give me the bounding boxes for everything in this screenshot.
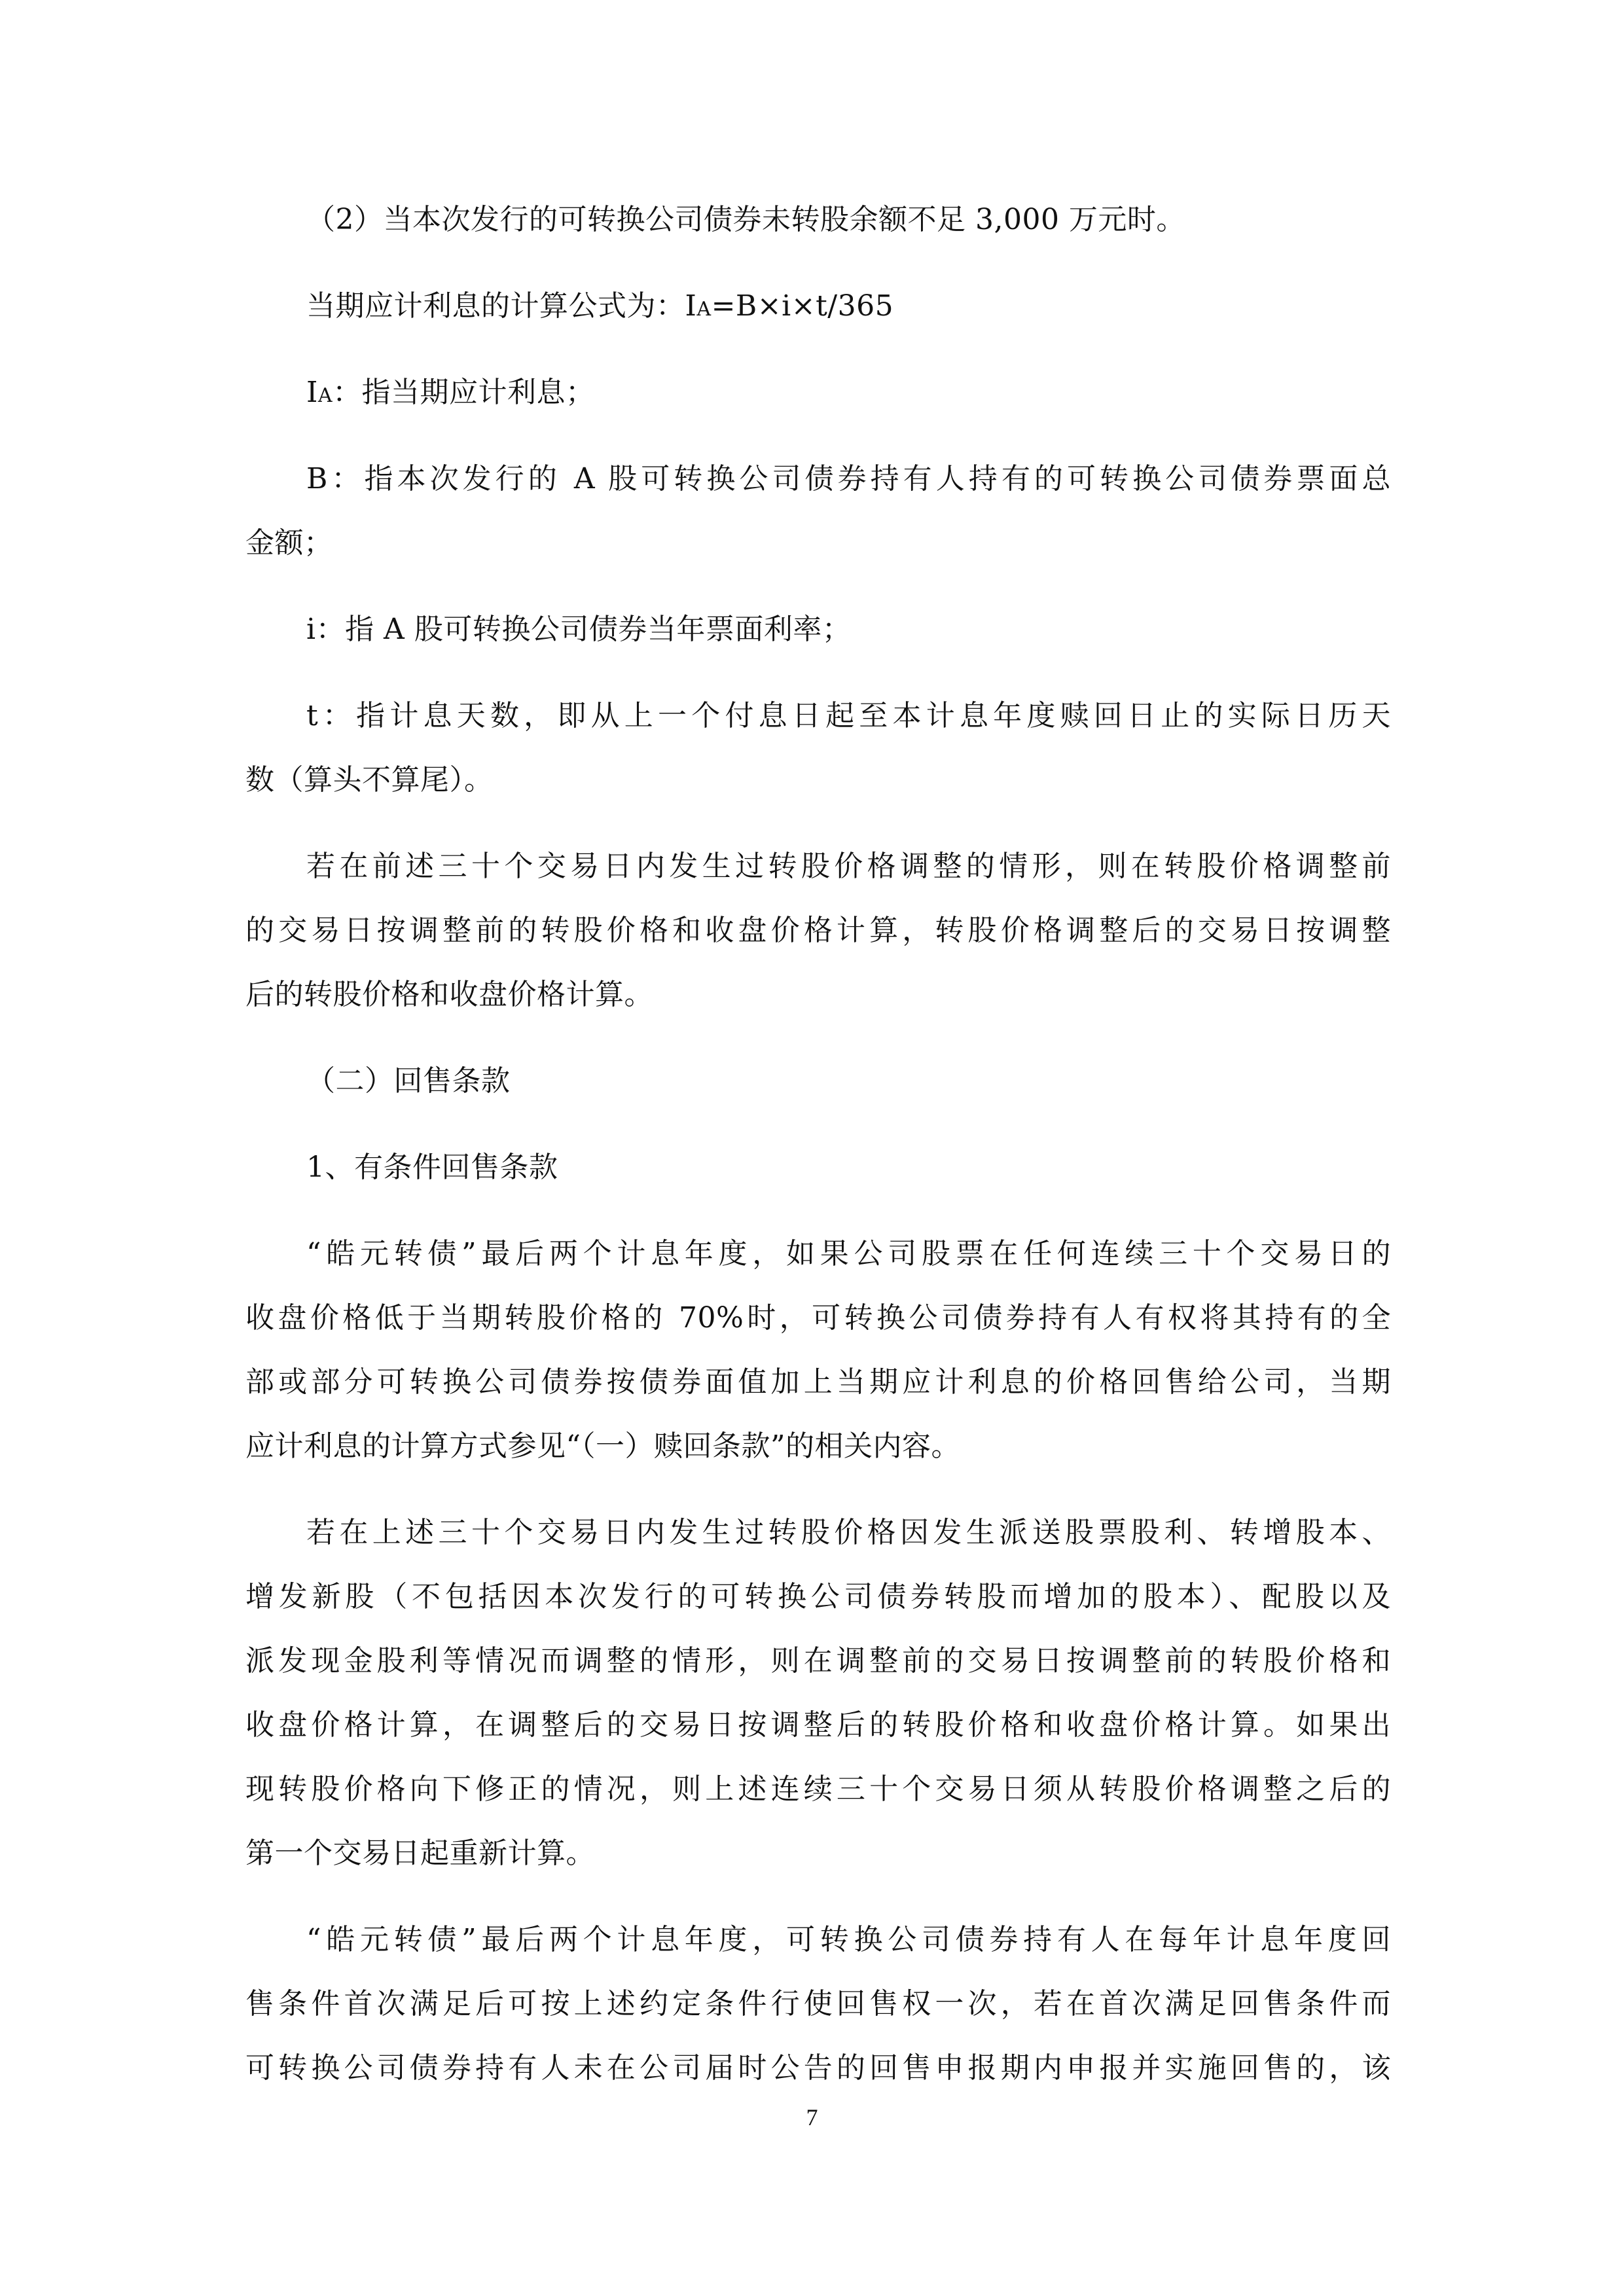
text-line: 派发现金股利等情况而调整的情形，则在调整前的交易日按调整前的转股价格和 bbox=[245, 1644, 1391, 1677]
text-line: 金额； bbox=[245, 526, 333, 560]
text-line: 数（算头不算尾）。 bbox=[245, 763, 494, 797]
text-line: 应计利息的计算方式参见“（一）赎回条款”的相关内容。 bbox=[245, 1429, 960, 1463]
paragraph-adjust-events: 若在上述三十个交易日内发生过转股价格因发生派送股票股利、转增股本、 bbox=[306, 1507, 1391, 1559]
text-line: 后的转股价格和收盘价格计算。 bbox=[245, 978, 653, 1011]
page-number: 7 bbox=[0, 2104, 1624, 2130]
text-line: t：指计息天数，即从上一个付息日起至本计息年度赎回日止的实际日历天 bbox=[306, 699, 1391, 732]
text-line: 增发新股（不包括因本次发行的可转换公司债券转股而增加的股本）、配股以及 bbox=[245, 1580, 1391, 1613]
heading-text: 1、有条件回售条款 bbox=[306, 1151, 558, 1184]
section-heading-put-clause: （二）回售条款 bbox=[306, 1055, 511, 1107]
paragraph-adjust-events-end: 第一个交易日起重新计算。 bbox=[245, 1827, 595, 1880]
definition-t-cont: 数（算头不算尾）。 bbox=[245, 754, 494, 806]
text-line: 可转换公司债券持有人未在公司届时公告的回售申报期内申报并实施回售的，该 bbox=[245, 2051, 1391, 2085]
text-line: 若在上述三十个交易日内发生过转股价格因发生派送股票股利、转增股本、 bbox=[306, 1516, 1391, 1549]
paragraph-adjust-events-cont: 收盘价格计算，在调整后的交易日按调整后的转股价格和收盘价格计算。如果出 bbox=[245, 1699, 1391, 1751]
paragraph-put-exercise-cont: 售条件首次满足后可按上述约定条件行使回售权一次，若在首次满足回售条件而 bbox=[245, 1978, 1391, 2030]
symbol-i: I bbox=[306, 376, 318, 409]
symbol-subscript: A bbox=[318, 384, 333, 407]
definition-i: i：指 A 股可转换公司债券当年票面利率； bbox=[306, 603, 851, 656]
text-line: 售条件首次满足后可按上述约定条件行使回售权一次，若在首次满足回售条件而 bbox=[245, 1987, 1391, 2020]
definition-text: ：指当期应计利息； bbox=[333, 376, 595, 409]
formula-prefix: 当期应计利息的计算公式为：I bbox=[306, 289, 696, 323]
text-line: 收盘价格计算，在调整后的交易日按调整后的转股价格和收盘价格计算。如果出 bbox=[245, 1708, 1391, 1742]
text-line: i：指 A 股可转换公司债券当年票面利率； bbox=[306, 613, 851, 646]
paragraph-conditional-put-end: 应计利息的计算方式参见“（一）赎回条款”的相关内容。 bbox=[245, 1420, 960, 1473]
text-line: 收盘价格低于当期转股价格的 70%时，可转换公司债券持有人有权将其持有的全 bbox=[245, 1301, 1391, 1335]
paragraph-adjust-events-cont: 现转股价格向下修正的情况，则上述连续三十个交易日须从转股价格调整之后的 bbox=[245, 1763, 1391, 1816]
paragraph-condition-2: （2）当本次发行的可转换公司债券未转股余额不足 3,000 万元时。 bbox=[306, 194, 1185, 246]
text-line: 的交易日按调整前的转股价格和收盘价格计算，转股价格调整后的交易日按调整 bbox=[245, 914, 1391, 947]
text-line: “皓元转债”最后两个计息年度，可转换公司债券持有人在每年计息年度回 bbox=[306, 1923, 1391, 1956]
text-line: 若在前述三十个交易日内发生过转股价格调整的情形，则在转股价格调整前 bbox=[306, 850, 1391, 883]
formula-line: 当期应计利息的计算公式为：IA=B×i×t/365 bbox=[306, 280, 893, 332]
paragraph-price-adjust: 若在前述三十个交易日内发生过转股价格调整的情形，则在转股价格调整前 bbox=[306, 840, 1391, 893]
text-line: 部或部分可转换公司债券按债券面值加上当期应计利息的价格回售给公司，当期 bbox=[245, 1365, 1391, 1399]
formula-expression: =B×i×t/365 bbox=[712, 289, 894, 323]
text-line: B：指本次发行的 A 股可转换公司债券持有人持有的可转换公司债券票面总 bbox=[306, 462, 1391, 495]
subsection-heading-conditional-put: 1、有条件回售条款 bbox=[306, 1141, 558, 1194]
paragraph-conditional-put-cont: 收盘价格低于当期转股价格的 70%时，可转换公司债券持有人有权将其持有的全 bbox=[245, 1292, 1391, 1344]
paragraph-adjust-events-cont: 增发新股（不包括因本次发行的可转换公司债券转股而增加的股本）、配股以及 bbox=[245, 1571, 1391, 1623]
definition-ia: IA：指当期应计利息； bbox=[306, 367, 595, 419]
formula-subscript: A bbox=[696, 298, 711, 321]
paragraph-put-exercise: “皓元转债”最后两个计息年度，可转换公司债券持有人在每年计息年度回 bbox=[306, 1914, 1391, 1966]
text-line: 现转股价格向下修正的情况，则上述连续三十个交易日须从转股价格调整之后的 bbox=[245, 1772, 1391, 1806]
document-page: （2）当本次发行的可转换公司债券未转股余额不足 3,000 万元时。 当期应计利… bbox=[0, 0, 1624, 2296]
paragraph-price-adjust-cont: 的交易日按调整前的转股价格和收盘价格计算，转股价格调整后的交易日按调整 bbox=[245, 905, 1391, 957]
paragraph-conditional-put: “皓元转债”最后两个计息年度，如果公司股票在任何连续三十个交易日的 bbox=[306, 1228, 1391, 1280]
paragraph-put-exercise-cont: 可转换公司债券持有人未在公司届时公告的回售申报期内申报并实施回售的，该 bbox=[245, 2042, 1391, 2094]
definition-b: B：指本次发行的 A 股可转换公司债券持有人持有的可转换公司债券票面总 bbox=[306, 453, 1391, 505]
paragraph-conditional-put-cont: 部或部分可转换公司债券按债券面值加上当期应计利息的价格回售给公司，当期 bbox=[245, 1356, 1391, 1408]
text-line: （2）当本次发行的可转换公司债券未转股余额不足 3,000 万元时。 bbox=[306, 203, 1185, 236]
text-line: “皓元转债”最后两个计息年度，如果公司股票在任何连续三十个交易日的 bbox=[306, 1237, 1391, 1270]
heading-text: （二）回售条款 bbox=[306, 1064, 511, 1098]
paragraph-adjust-events-cont: 派发现金股利等情况而调整的情形，则在调整前的交易日按调整前的转股价格和 bbox=[245, 1635, 1391, 1687]
text-line: 第一个交易日起重新计算。 bbox=[245, 1837, 595, 1870]
paragraph-price-adjust-end: 后的转股价格和收盘价格计算。 bbox=[245, 969, 653, 1021]
definition-b-cont: 金额； bbox=[245, 517, 333, 569]
definition-t: t：指计息天数，即从上一个付息日起至本计息年度赎回日止的实际日历天 bbox=[306, 690, 1391, 742]
